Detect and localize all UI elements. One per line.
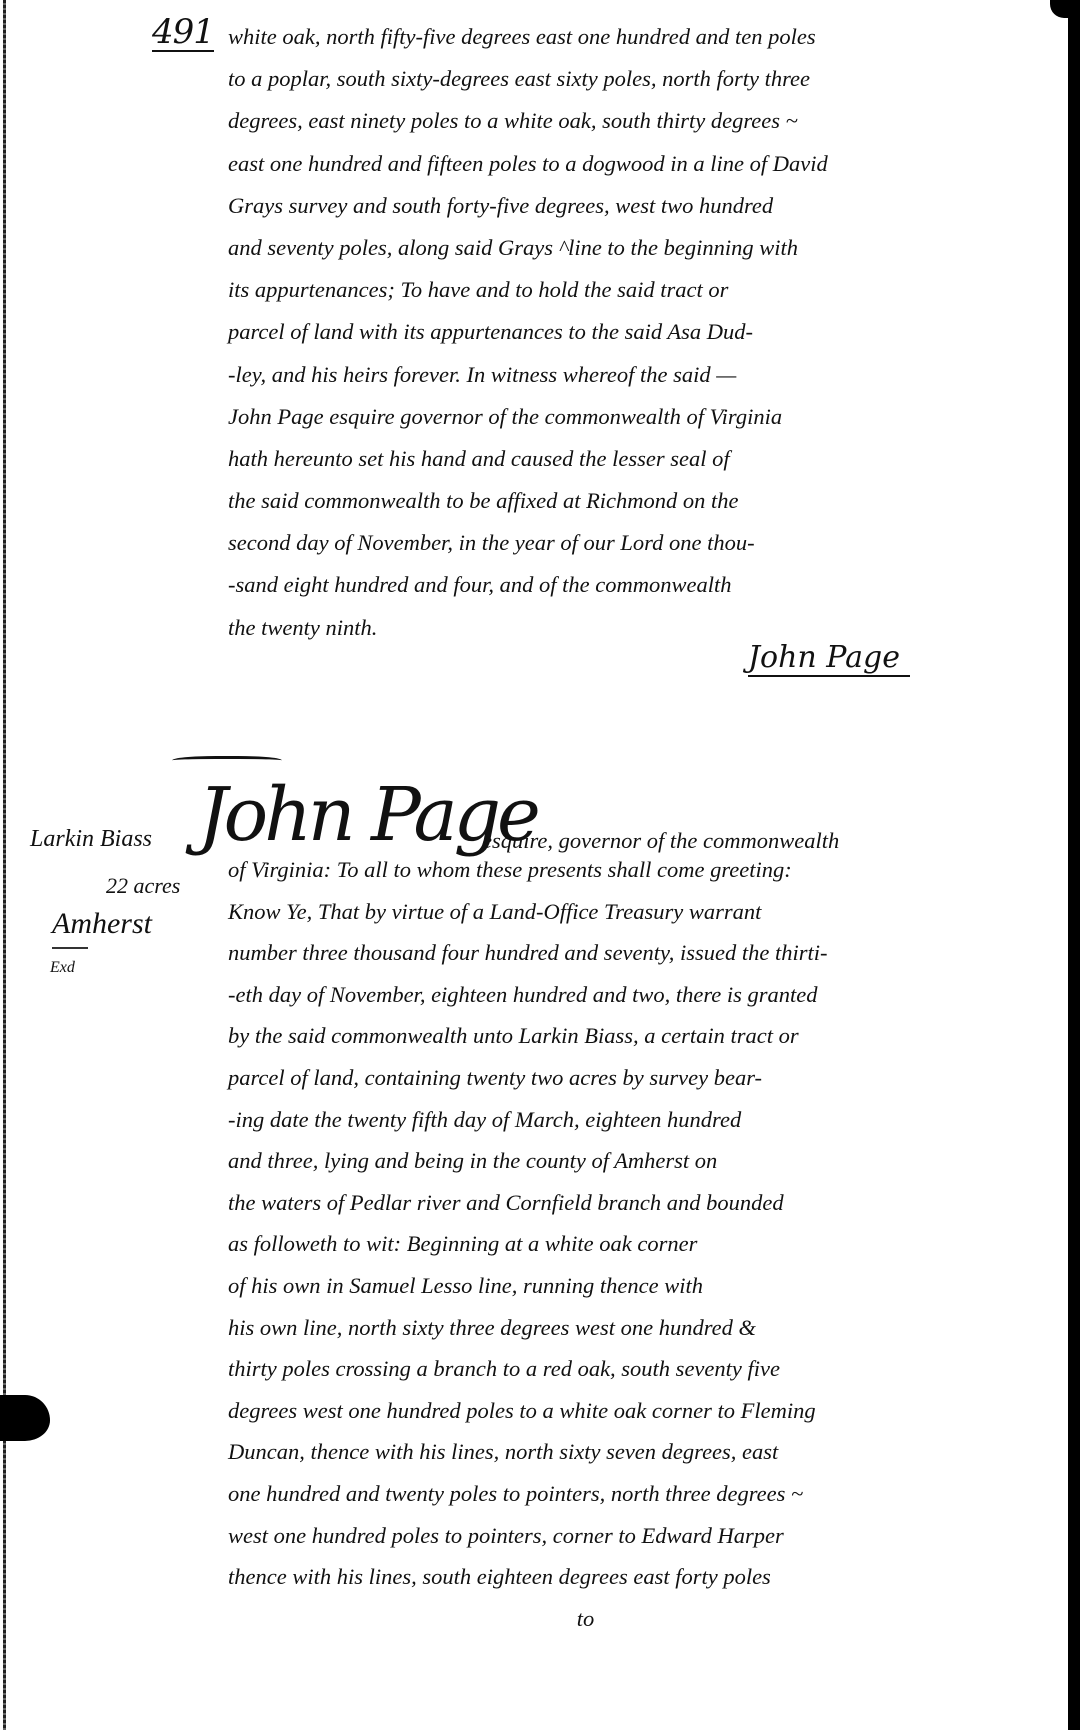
text-line: by the said commonwealth unto Larkin Bia… [228,1015,1028,1057]
text-line: degrees, east ninety poles to a white oa… [228,100,1038,142]
text-line: -ley, and his heirs forever. In witness … [228,354,1038,396]
text-line: west one hundred poles to pointers, corn… [228,1515,1028,1557]
text-line: Know Ye, That by virtue of a Land-Office… [228,891,1028,933]
scan-edge [1068,0,1080,1730]
margin-divider [52,947,88,949]
text-line: the twenty ninth. [228,607,1038,649]
text-line: as followeth to wit: Beginning at a whit… [228,1223,1028,1265]
margin-grantee-name: Larkin Biass [30,826,204,853]
margin-note: Larkin Biass 22 acres Amherst Exd [14,826,204,977]
text-line: -eth day of November, eighteen hundred a… [228,974,1028,1016]
ink-blot [0,1395,50,1441]
text-line: of his own in Samuel Lesso line, running… [228,1265,1028,1307]
governor-signature: John Page [748,640,910,677]
text-line: parcel of land with its appurtenances to… [228,311,1038,353]
page-binding-line [3,0,6,1730]
margin-county: Amherst [52,907,204,941]
text-line: and three, lying and being in the county… [228,1140,1028,1182]
margin-acres: 22 acres [106,873,204,899]
text-line: -sand eight hundred and four, and of the… [228,564,1038,606]
text-line: thence with his lines, south eighteen de… [228,1556,1028,1598]
top-section-text: white oak, north fifty-five degrees east… [228,16,1038,649]
text-line: its appurtenances; To have and to hold t… [228,269,1038,311]
text-line: Grays survey and south forty-five degree… [228,185,1038,227]
text-line: east one hundred and fifteen poles to a … [228,143,1038,185]
text-line: parcel of land, containing twenty two ac… [228,1057,1028,1099]
text-line: his own line, north sixty three degrees … [228,1307,1028,1349]
text-line: second day of November, in the year of o… [228,522,1038,564]
text-line: hath hereunto set his hand and caused th… [228,438,1038,480]
page-number: 491 [152,14,214,52]
text-line: to a poplar, south sixty-degrees east si… [228,58,1038,100]
text-line: one hundred and twenty poles to pointers… [228,1473,1028,1515]
text-line: white oak, north fifty-five degrees east… [228,16,1038,58]
text-line: John Page esquire governor of the common… [228,396,1038,438]
text-line: number three thousand four hundred and s… [228,932,1028,974]
text-line: -ing date the twenty fifth day of March,… [228,1099,1028,1141]
document-page: 491 white oak, north fifty-five degrees … [0,0,1080,1730]
text-line: the waters of Pedlar river and Cornfield… [228,1182,1028,1224]
catchword-line: to [228,1598,1028,1640]
text-line: of Virginia: To all to whom these presen… [228,849,1028,891]
text-line: degrees west one hundred poles to a whit… [228,1390,1028,1432]
margin-examined-mark: Exd [50,959,204,977]
text-line: the said commonwealth to be affixed at R… [228,480,1038,522]
scan-edge-corner [1050,0,1080,18]
text-line: Duncan, thence with his lines, north six… [228,1431,1028,1473]
heading-flourish [172,756,282,767]
grant-section-text: of Virginia: To all to whom these presen… [228,849,1028,1639]
text-line: thirty poles crossing a branch to a red … [228,1348,1028,1390]
text-line: and seventy poles, along said Grays ^lin… [228,227,1038,269]
